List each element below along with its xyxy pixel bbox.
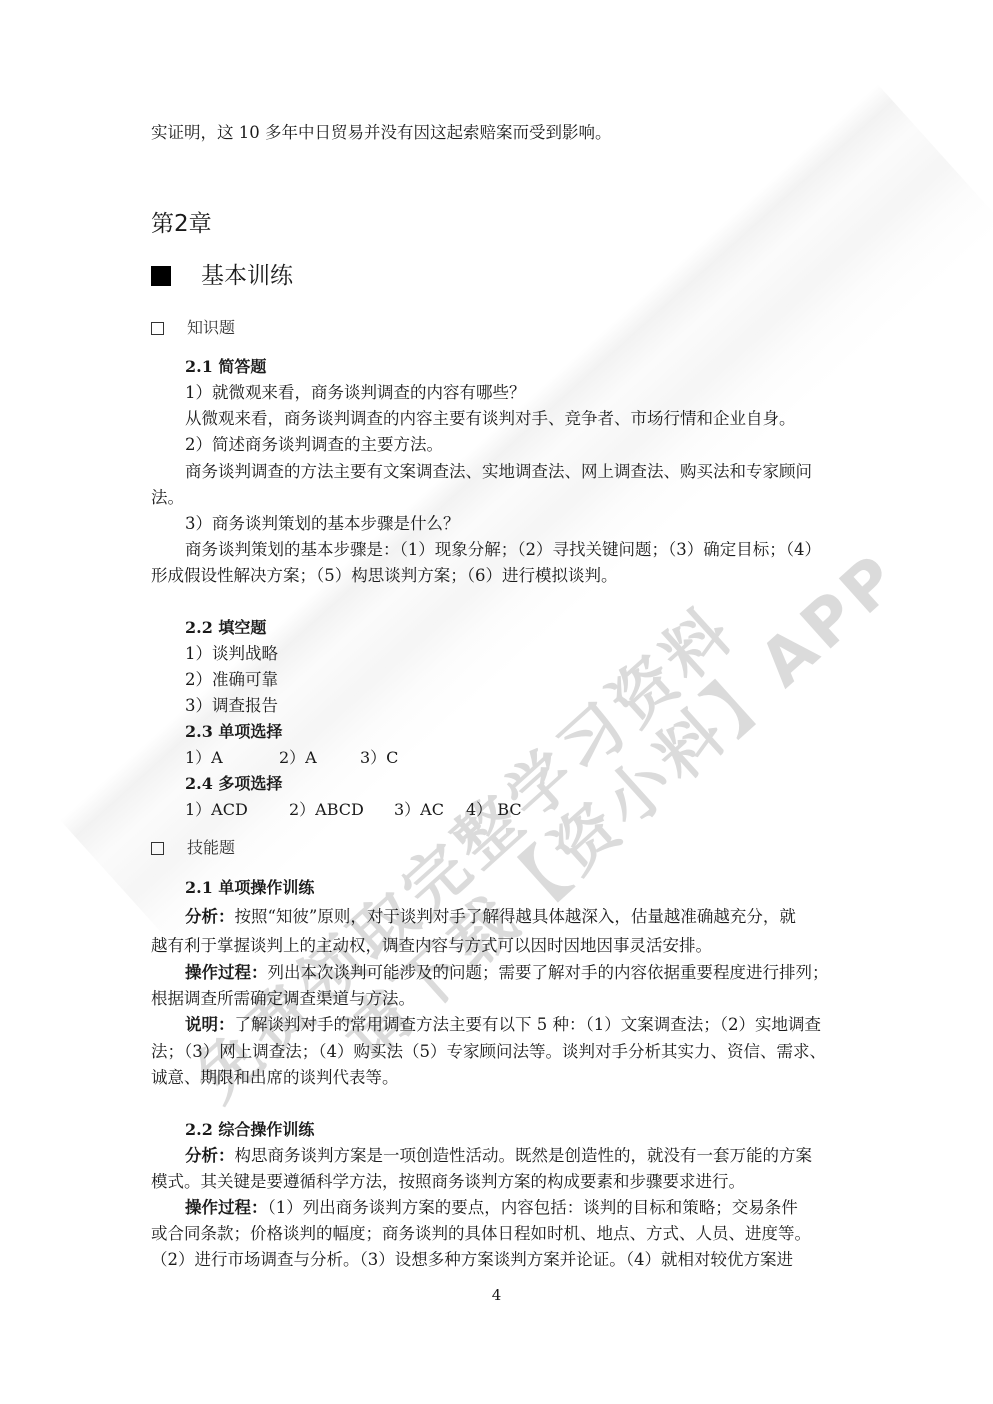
filled-square-bullet-icon — [151, 266, 171, 286]
empty-square-bullet-icon — [151, 322, 164, 335]
fill-blank-answer: 2）准确可靠 — [185, 669, 278, 691]
single-op-note-cont: 诚意、期限和出席的谈判代表等。 — [151, 1067, 399, 1089]
combined-op-process-cont: 或合同条款；价格谈判的幅度；商务谈判的具体日程如时机、地点、方式、人员、进度等。 — [151, 1223, 811, 1245]
combined-op-analysis-cont: 模式。其关键是要遵循科学方法，按照商务谈判方案的构成要素和步骤要求进行。 — [151, 1171, 745, 1193]
multi-choice-answer: 3）AC — [394, 799, 466, 821]
single-op-note: 说明：了解谈判对手的常用调查方法主要有以下 5 种：（1）文案调查法；（2）实地… — [185, 1014, 821, 1036]
section-title: 基本训练 — [151, 261, 293, 291]
process-text: 列出本次谈判可能涉及的问题；需要了解对手的内容依据重要程度进行排列； — [268, 963, 829, 982]
single-op-analysis: 分析：按照“知彼”原则，对于谈判对手了解得越具体越深入，估量越准确越充分，就 — [185, 906, 796, 928]
combined-op-process-cont: （2）进行市场调查与分析。（3）设想多种方案谈判方案并论证。（4）就相对较优方案… — [151, 1249, 793, 1271]
short-answer-line: 商务谈判调查的方法主要有文案调查法、实地调查法、网上调查法、购买法和专家顾问 — [185, 461, 812, 483]
short-answer-line: 3）商务谈判策划的基本步骤是什么？ — [185, 513, 460, 535]
single-op-analysis-cont: 越有利于掌握谈判上的主动权，调查内容与方式可以因时因地因事灵活安排。 — [151, 935, 712, 957]
fill-blank-heading: 2.2 填空题 — [185, 617, 266, 639]
single-op-process-cont: 根据调查所需确定调查渠道与方法。 — [151, 988, 415, 1010]
single-op-heading: 2.1 单项操作训练 — [185, 877, 314, 899]
chapter-title: 第2章 — [151, 209, 212, 239]
combined-op-process: 操作过程：（1）列出商务谈判方案的要点，内容包括：谈判的目标和策略；交易条件 — [185, 1197, 798, 1219]
skills-heading: 技能题 — [151, 837, 235, 859]
combined-op-heading: 2.2 综合操作训练 — [185, 1119, 314, 1141]
combined-op-analysis: 分析：构思商务谈判方案是一项创造性活动。既然是创造性的，就没有一套万能的方案 — [185, 1145, 812, 1167]
short-answer-line: 1）就微观来看，商务谈判调查的内容有哪些？ — [185, 382, 526, 404]
short-answer-line: 商务谈判策划的基本步骤是：（1）现象分解；（2）寻找关键问题；（3）确定目标；（… — [185, 539, 821, 561]
process-text: （1）列出商务谈判方案的要点，内容包括：谈判的目标和策略；交易条件 — [268, 1198, 798, 1217]
analysis-text: 按照“知彼”原则，对于谈判对手了解得越具体越深入，估量越准确越充分，就 — [235, 907, 796, 926]
single-choice-answer: 1）A — [185, 747, 279, 769]
note-text: 了解谈判对手的常用调查方法主要有以下 5 种：（1）文案调查法；（2）实地调查 — [235, 1015, 821, 1034]
multi-choice-heading: 2.4 多项选择 — [185, 773, 282, 795]
short-answer-line: 法。 — [151, 487, 184, 509]
analysis-text: 构思商务谈判方案是一项创造性活动。既然是创造性的，就没有一套万能的方案 — [235, 1146, 813, 1165]
watermark: 免费领取完整学习资料 请下载【资小料】APP — [0, 0, 993, 1404]
short-answer-line: 2）简述商务谈判调查的主要方法。 — [185, 434, 443, 456]
document-page: 免费领取完整学习资料 请下载【资小料】APP 实证明，这 10 多年中日贸易并没… — [0, 0, 993, 1404]
fill-blank-answer: 1）谈判战略 — [185, 643, 278, 665]
single-op-note-cont: 法；（3）网上调查法；（4）购买法（5）专家顾问法等。谈判对手分析其实力、资信、… — [151, 1041, 826, 1063]
process-label: 操作过程： — [185, 1198, 268, 1217]
single-op-process: 操作过程：列出本次谈判可能涉及的问题；需要了解对手的内容依据重要程度进行排列； — [185, 962, 829, 984]
page-number: 4 — [0, 1286, 993, 1304]
carryover-paragraph: 实证明，这 10 多年中日贸易并没有因这起索赔案而受到影响。 — [151, 122, 612, 144]
knowledge-heading: 知识题 — [151, 317, 235, 339]
skills-heading-text: 技能题 — [187, 837, 235, 859]
multi-choice-answer: 4） BC — [466, 799, 522, 821]
multi-choice-answer: 1）ACD — [185, 799, 289, 821]
knowledge-heading-text: 知识题 — [187, 317, 235, 339]
single-choice-answers: 1）A2）A3）C — [185, 747, 398, 769]
short-answer-line: 形成假设性解决方案；（5）构思谈判方案；（6）进行模拟谈判。 — [151, 565, 618, 587]
multi-choice-answers: 1）ACD2）ABCD3）AC4） BC — [185, 799, 522, 821]
process-label: 操作过程： — [185, 963, 268, 982]
fill-blank-answer: 3）调查报告 — [185, 695, 278, 717]
note-label: 说明： — [185, 1015, 235, 1034]
analysis-label: 分析： — [185, 1146, 235, 1165]
analysis-label: 分析： — [185, 907, 235, 926]
multi-choice-answer: 2）ABCD — [289, 799, 394, 821]
single-choice-heading: 2.3 单项选择 — [185, 721, 282, 743]
section-title-text: 基本训练 — [201, 261, 293, 291]
short-answer-line: 从微观来看，商务谈判调查的内容主要有谈判对手、竞争者、市场行情和企业自身。 — [185, 408, 796, 430]
single-choice-answer: 3）C — [360, 747, 398, 769]
single-choice-answer: 2）A — [279, 747, 360, 769]
short-answer-heading: 2.1 简答题 — [185, 356, 266, 378]
empty-square-bullet-icon — [151, 842, 164, 855]
